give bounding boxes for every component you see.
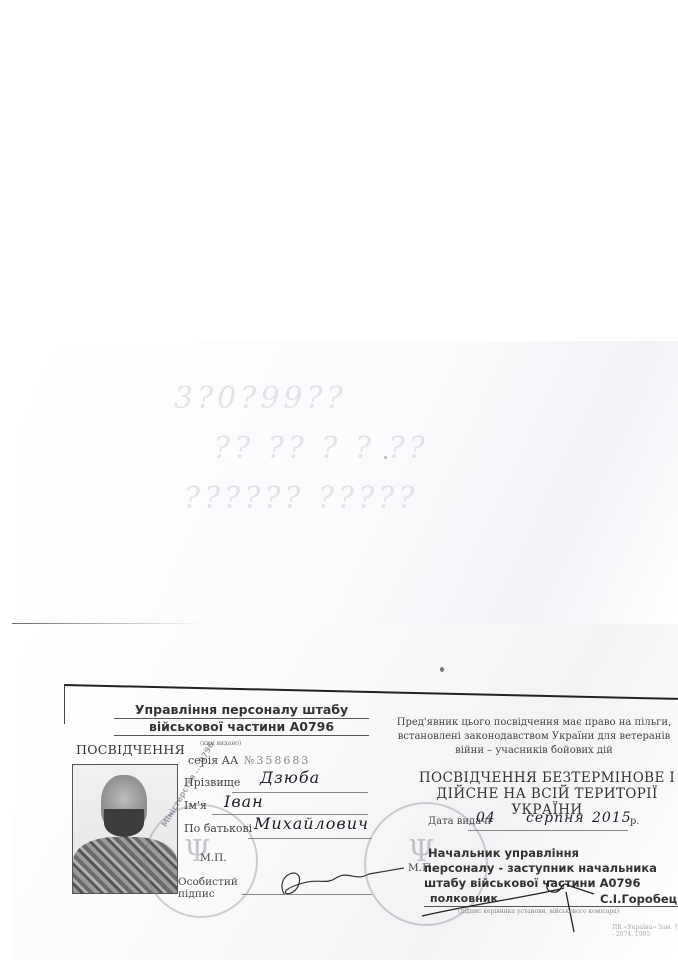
issue-year: 2015 bbox=[592, 810, 632, 826]
middle-sheet: 3?0?99?? ?? ?? ? ? ?? ?????? ????? bbox=[14, 341, 678, 624]
official-signature bbox=[414, 874, 614, 934]
issuer-line-1: Управління персоналу штабу bbox=[114, 702, 369, 719]
card-title: ПОСВІДЧЕННЯ bbox=[76, 742, 185, 757]
bleed-through-line-3: ?????? ????? bbox=[184, 481, 418, 516]
card-top-border bbox=[64, 684, 678, 700]
signature-caption: (підпис керівника установи, військового … bbox=[458, 908, 619, 915]
issue-year-suffix: р. bbox=[630, 816, 640, 827]
validity-line-1: ПОСВІДЧЕННЯ БЕЗТЕРМІНОВЕ І bbox=[412, 770, 678, 786]
official-line-1: Начальник управління bbox=[424, 846, 674, 861]
id-card: Управління персоналу штабу військової ча… bbox=[64, 684, 678, 944]
issuer-line-2: військової частини А0796 bbox=[114, 719, 369, 736]
patronymic-value: Михайлович bbox=[254, 814, 369, 833]
issuer-block: Управління персоналу штабу військової ча… bbox=[114, 702, 369, 736]
seal-label-left: М.П. bbox=[200, 852, 227, 864]
name-label: Ім'я bbox=[184, 799, 207, 812]
name-value: Іван bbox=[224, 792, 264, 811]
patronymic-label: По батькові bbox=[184, 822, 252, 835]
signature-label: Особистий підпис bbox=[178, 876, 242, 900]
series-label: серія АА bbox=[188, 754, 238, 767]
bleed-through-line-2: ?? ?? ? ? ?? bbox=[214, 431, 429, 466]
photo-beard bbox=[104, 809, 144, 837]
speck bbox=[384, 456, 387, 459]
issue-date-line bbox=[468, 830, 628, 831]
issue-month: серпня bbox=[526, 810, 585, 826]
print-mark: ПК «Україна» Зам. ? - 2074. 1995 bbox=[612, 924, 678, 938]
speck bbox=[440, 667, 444, 672]
bleed-through-line-1: 3?0?99?? bbox=[174, 381, 347, 416]
surname-label: Прізвище bbox=[184, 776, 240, 789]
surname-value: Дзюба bbox=[260, 768, 320, 787]
card-number: №358683 bbox=[244, 754, 310, 767]
card-left-border bbox=[64, 684, 65, 724]
rights-text: Пред'явник цього посвідчення має право н… bbox=[386, 716, 678, 758]
patronymic-line bbox=[248, 838, 372, 839]
issue-day: 04 bbox=[476, 810, 496, 826]
